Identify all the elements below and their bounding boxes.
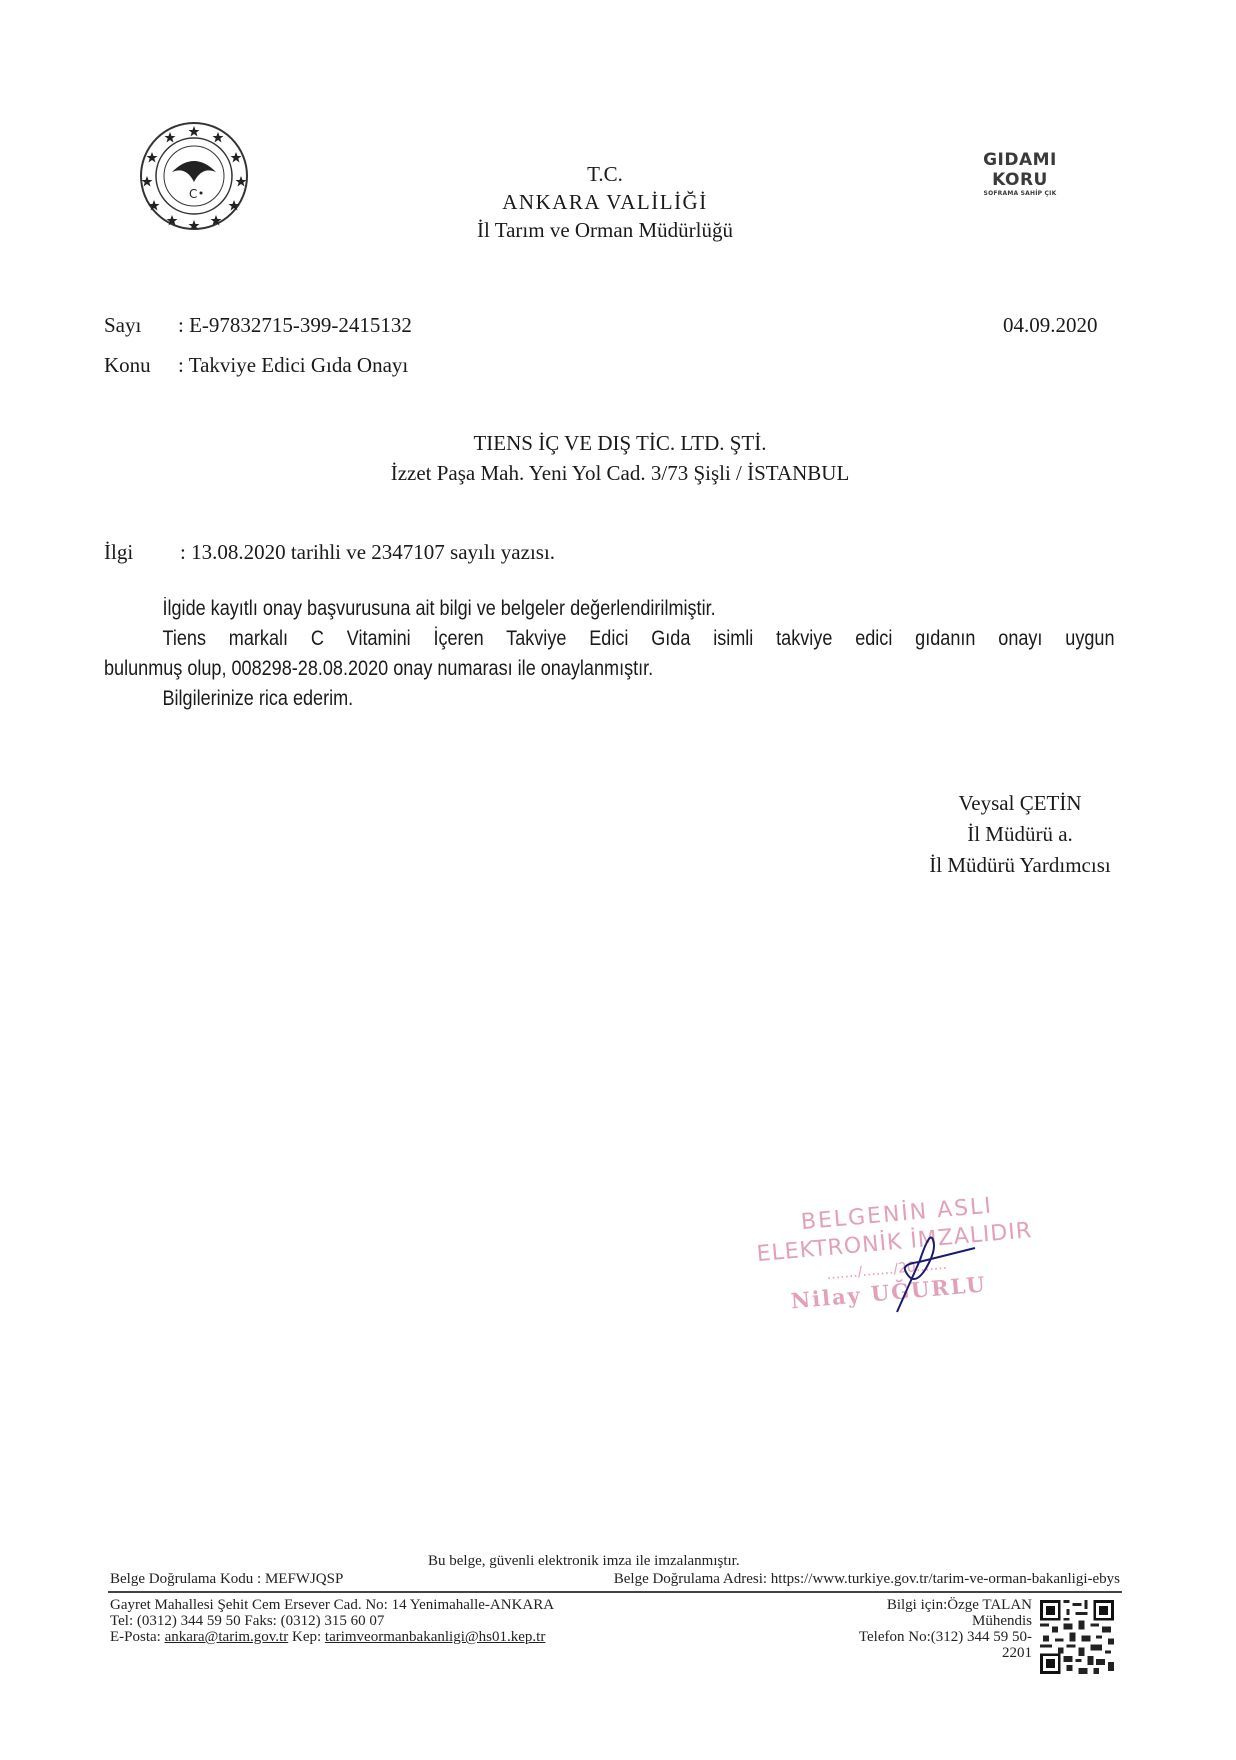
brand-logo: GIDAMI KORU SOFRAMA SAHİP ÇIK: [955, 150, 1085, 197]
certified-copy-stamp: BELGENİN ASLI ELEKTRONİK İMZALIDIR .....…: [705, 1170, 1065, 1330]
header-directorate: İl Tarım ve Orman Müdürlüğü: [380, 216, 830, 244]
letter-body: İlgide kayıtlı onay başvurusuna ait bilg…: [104, 594, 1115, 714]
body-paragraph-1: İlgide kayıtlı onay başvurusuna ait bilg…: [104, 594, 1115, 624]
sayi-value: : E-97832715-399-2415132: [178, 313, 412, 337]
ilgi-label: İlgi: [104, 540, 180, 565]
kep-label: Kep:: [292, 1629, 321, 1645]
signer-name: Veysal ÇETİN: [880, 788, 1160, 819]
konu-label: Konu: [104, 353, 178, 378]
header-tc: T.C.: [380, 160, 830, 188]
svg-text:C: C: [189, 187, 197, 201]
brand-title: GIDAMI KORU: [955, 150, 1085, 190]
signer-title-2: İl Müdürü Yardımcısı: [880, 850, 1160, 881]
body-paragraph-2-line-2: bulunmuş olup, 008298-28.08.2020 onay nu…: [104, 654, 1115, 684]
document-header: T.C. ANKARA VALİLİĞİ İl Tarım ve Orman M…: [380, 160, 830, 244]
brand-subtitle: SOFRAMA SAHİP ÇIK: [955, 190, 1085, 197]
header-governorship: ANKARA VALİLİĞİ: [380, 188, 830, 216]
info-person: Bilgi için:Özge TALAN: [780, 1597, 1032, 1613]
sayi-row: Sayı: E-97832715-399-2415132: [104, 313, 412, 338]
ilgi-value: : 13.08.2020 tarihli ve 2347107 sayılı y…: [180, 540, 555, 564]
address-line: Gayret Mahallesi Şehit Cem Ersever Cad. …: [110, 1597, 554, 1613]
sayi-label: Sayı: [104, 313, 178, 338]
body-paragraph-2-line-1: Tiens markalı C Vitamini İçeren Takviye …: [104, 624, 1115, 654]
recipient-address: İzzet Paşa Mah. Yeni Yol Cad. 3/73 Şişli…: [300, 458, 940, 488]
e-signature-note: Bu belge, güvenli elektronik imza ile im…: [428, 1553, 740, 1570]
email-link[interactable]: ankara@tarim.gov.tr: [165, 1629, 289, 1645]
verification-address[interactable]: Belge Doğrulama Adresi: https://www.turk…: [614, 1571, 1120, 1588]
recipient-block: TIENS İÇ VE DIŞ TİC. LTD. ŞTİ. İzzet Paş…: [300, 428, 940, 488]
body-paragraph-3: Bilgilerinize rica ederim.: [104, 684, 1115, 714]
signer-title-1: İl Müdürü a.: [880, 819, 1160, 850]
info-role: Mühendis: [780, 1613, 1032, 1629]
document-date: 04.09.2020: [1003, 313, 1098, 338]
konu-row: Konu: Takviye Edici Gıda Onayı: [104, 353, 408, 378]
contact-block: Gayret Mahallesi Şehit Cem Ersever Cad. …: [110, 1597, 554, 1645]
phone-line: Tel: (0312) 344 59 50 Faks: (0312) 315 6…: [110, 1613, 554, 1629]
kep-link[interactable]: tarimveormanbakanligi@hs01.kep.tr: [325, 1629, 545, 1645]
ministry-seal-icon: C: [138, 120, 250, 232]
reference-row: İlgi: 13.08.2020 tarihli ve 2347107 sayı…: [104, 540, 555, 565]
signature-block: Veysal ÇETİN İl Müdürü a. İl Müdürü Yard…: [880, 788, 1160, 881]
info-contact-block: Bilgi için:Özge TALAN Mühendis Telefon N…: [780, 1597, 1032, 1661]
recipient-name: TIENS İÇ VE DIŞ TİC. LTD. ŞTİ.: [300, 428, 940, 458]
info-extension: 2201: [780, 1645, 1032, 1661]
verification-code: Belge Doğrulama Kodu : MEFWJQSP: [110, 1571, 343, 1588]
footer-divider: [108, 1591, 1122, 1593]
email-line: E-Posta: ankara@tarim.gov.tr Kep: tarimv…: [110, 1629, 554, 1645]
email-label: E-Posta:: [110, 1629, 161, 1645]
qr-code-icon: [1040, 1600, 1114, 1674]
konu-value: : Takviye Edici Gıda Onayı: [178, 353, 408, 377]
info-phone: Telefon No:(312) 344 59 50-: [780, 1629, 1032, 1645]
